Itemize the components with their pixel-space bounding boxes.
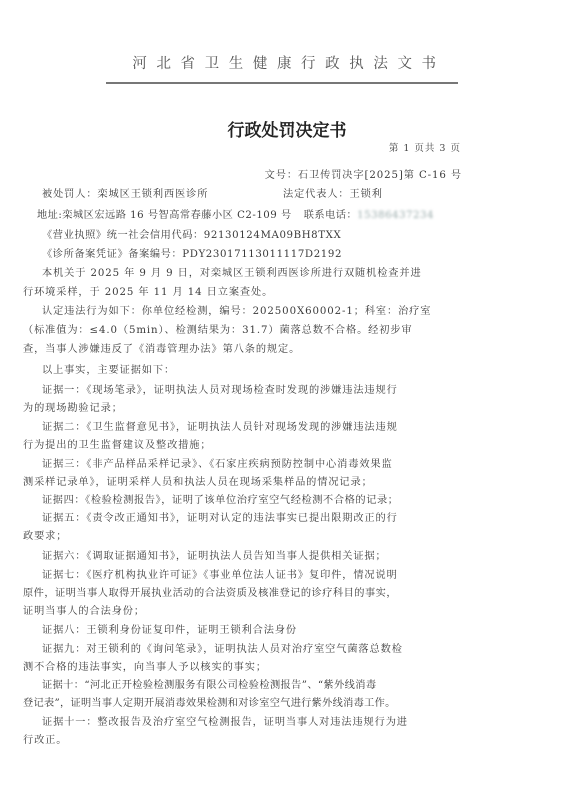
body-line: 以上事实，主要证据如下：: [42, 361, 175, 376]
legal-representative: 法定代表人：王锁利: [283, 185, 383, 200]
address: 地址:栾城区宏远路 16 号智高常春藤小区 C2-109 号联系电话：15386…: [37, 206, 434, 221]
evidence-3-cont: 测采样记录单》，证明采样人员和执法人员在现场采集样品的情况记录；: [23, 473, 373, 488]
evidence-3: 证据三：《非产品样品采样记录》、《石家庄疾病预防控制中心消毒效果监: [42, 455, 393, 470]
evidence-10: 证据十：“河北正开检验检测服务有限公司检验检测报告”、“紫外线消毒: [42, 676, 376, 691]
evidence-9: 证据九：对王锁利的《询问笔录》，证明执法人员对治疗室空气菌落总数检: [42, 640, 403, 655]
org-title: 河北省卫生健康行政执法文书: [0, 52, 566, 73]
page-indicator: 第 1 页共 3 页: [389, 140, 461, 154]
phone-redacted: 15386437234: [357, 210, 434, 221]
evidence-8: 证据八：王锁利身份证复印件，证明王锁利合法身份: [42, 621, 297, 636]
clinic-record: 《诊所备案凭证》备案编号：PDY23017113011117D2192: [42, 245, 342, 260]
doc-number: 文号：石卫传罚决字[2025]第 C-16 号: [265, 166, 462, 181]
body-line: 本机关于 2025 年 9 月 9 日，对栾城区王锁利西医诊所进行双随机检查并进: [42, 264, 422, 279]
evidence-4: 证据四：《检验检测报告》，证明了该单位治疗室空气经检测不合格的记录；: [42, 491, 399, 506]
business-license: 《营业执照》统一社会信用代码：92130124MA09BH8TXX: [42, 226, 341, 241]
evidence-10-cont: 登记表”，证明当事人定期开展消毒效果检测和对诊室空气进行紫外线消毒工作。: [23, 694, 396, 709]
evidence-9-cont: 测不合格的违法事实，向当事人予以核实的事实；: [23, 658, 267, 673]
evidence-1: 证据一：《现场笔录》，证明执法人员对现场检查时发现的涉嫌违法违规行: [42, 381, 398, 396]
address-text: 地址:栾城区宏远路 16 号智高常春藤小区 C2-109 号: [37, 210, 292, 221]
evidence-5-cont: 政要求；: [23, 527, 67, 542]
evidence-7-cont: 原件，证明当事人取得开展执业活动的合法资质及核准登记的诊疗科目的事实，: [23, 584, 397, 599]
party-name: 被处罚人：栾城区王锁利西医诊所: [42, 185, 208, 200]
evidence-2-cont: 行为提出的卫生监督建议及整改措施；: [23, 436, 212, 451]
document-title: 行政处罚决定书: [0, 116, 566, 141]
evidence-1-cont: 为的现场勘验记录；: [23, 399, 123, 414]
header-divider: [106, 82, 458, 84]
evidence-11-cont: 行改正。: [23, 731, 67, 746]
evidence-2: 证据二：《卫生监督意见书》，证明执法人员针对现场发现的涉嫌违法违规: [42, 418, 398, 433]
evidence-7-cont2: 证明当事人的合法身份；: [23, 602, 145, 617]
evidence-7: 证据七：《医疗机构执业许可证》《事业单位法人证书》复印件，情况说明: [42, 566, 398, 581]
body-line: 查，当事人涉嫌违反了《消毒管理办法》第八条的规定。: [23, 340, 300, 355]
body-line: 行环境采样，于 2025 年 11 月 14 日立案查处。: [23, 283, 273, 298]
evidence-5: 证据五：《责令改正通知书》，证明对认定的违法事实已提出限期改正的行: [42, 509, 398, 524]
evidence-6: 证据六：《调取证据通知书》，证明执法人员告知当事人提供相关证据；: [42, 547, 387, 562]
body-line: （标准值为：≤4.0（5min）、检测结果为：31.7）菌落总数不合格。经初步审: [23, 321, 413, 336]
phone-label: 联系电话：: [304, 210, 357, 221]
body-line: 认定违法行为如下：你单位经检测，编号：202500X60002-1；科室：治疗室: [42, 302, 431, 317]
evidence-11: 证据十一：整改报告及治疗室空气检测报告，证明当事人对违法违规行为进: [42, 713, 408, 728]
